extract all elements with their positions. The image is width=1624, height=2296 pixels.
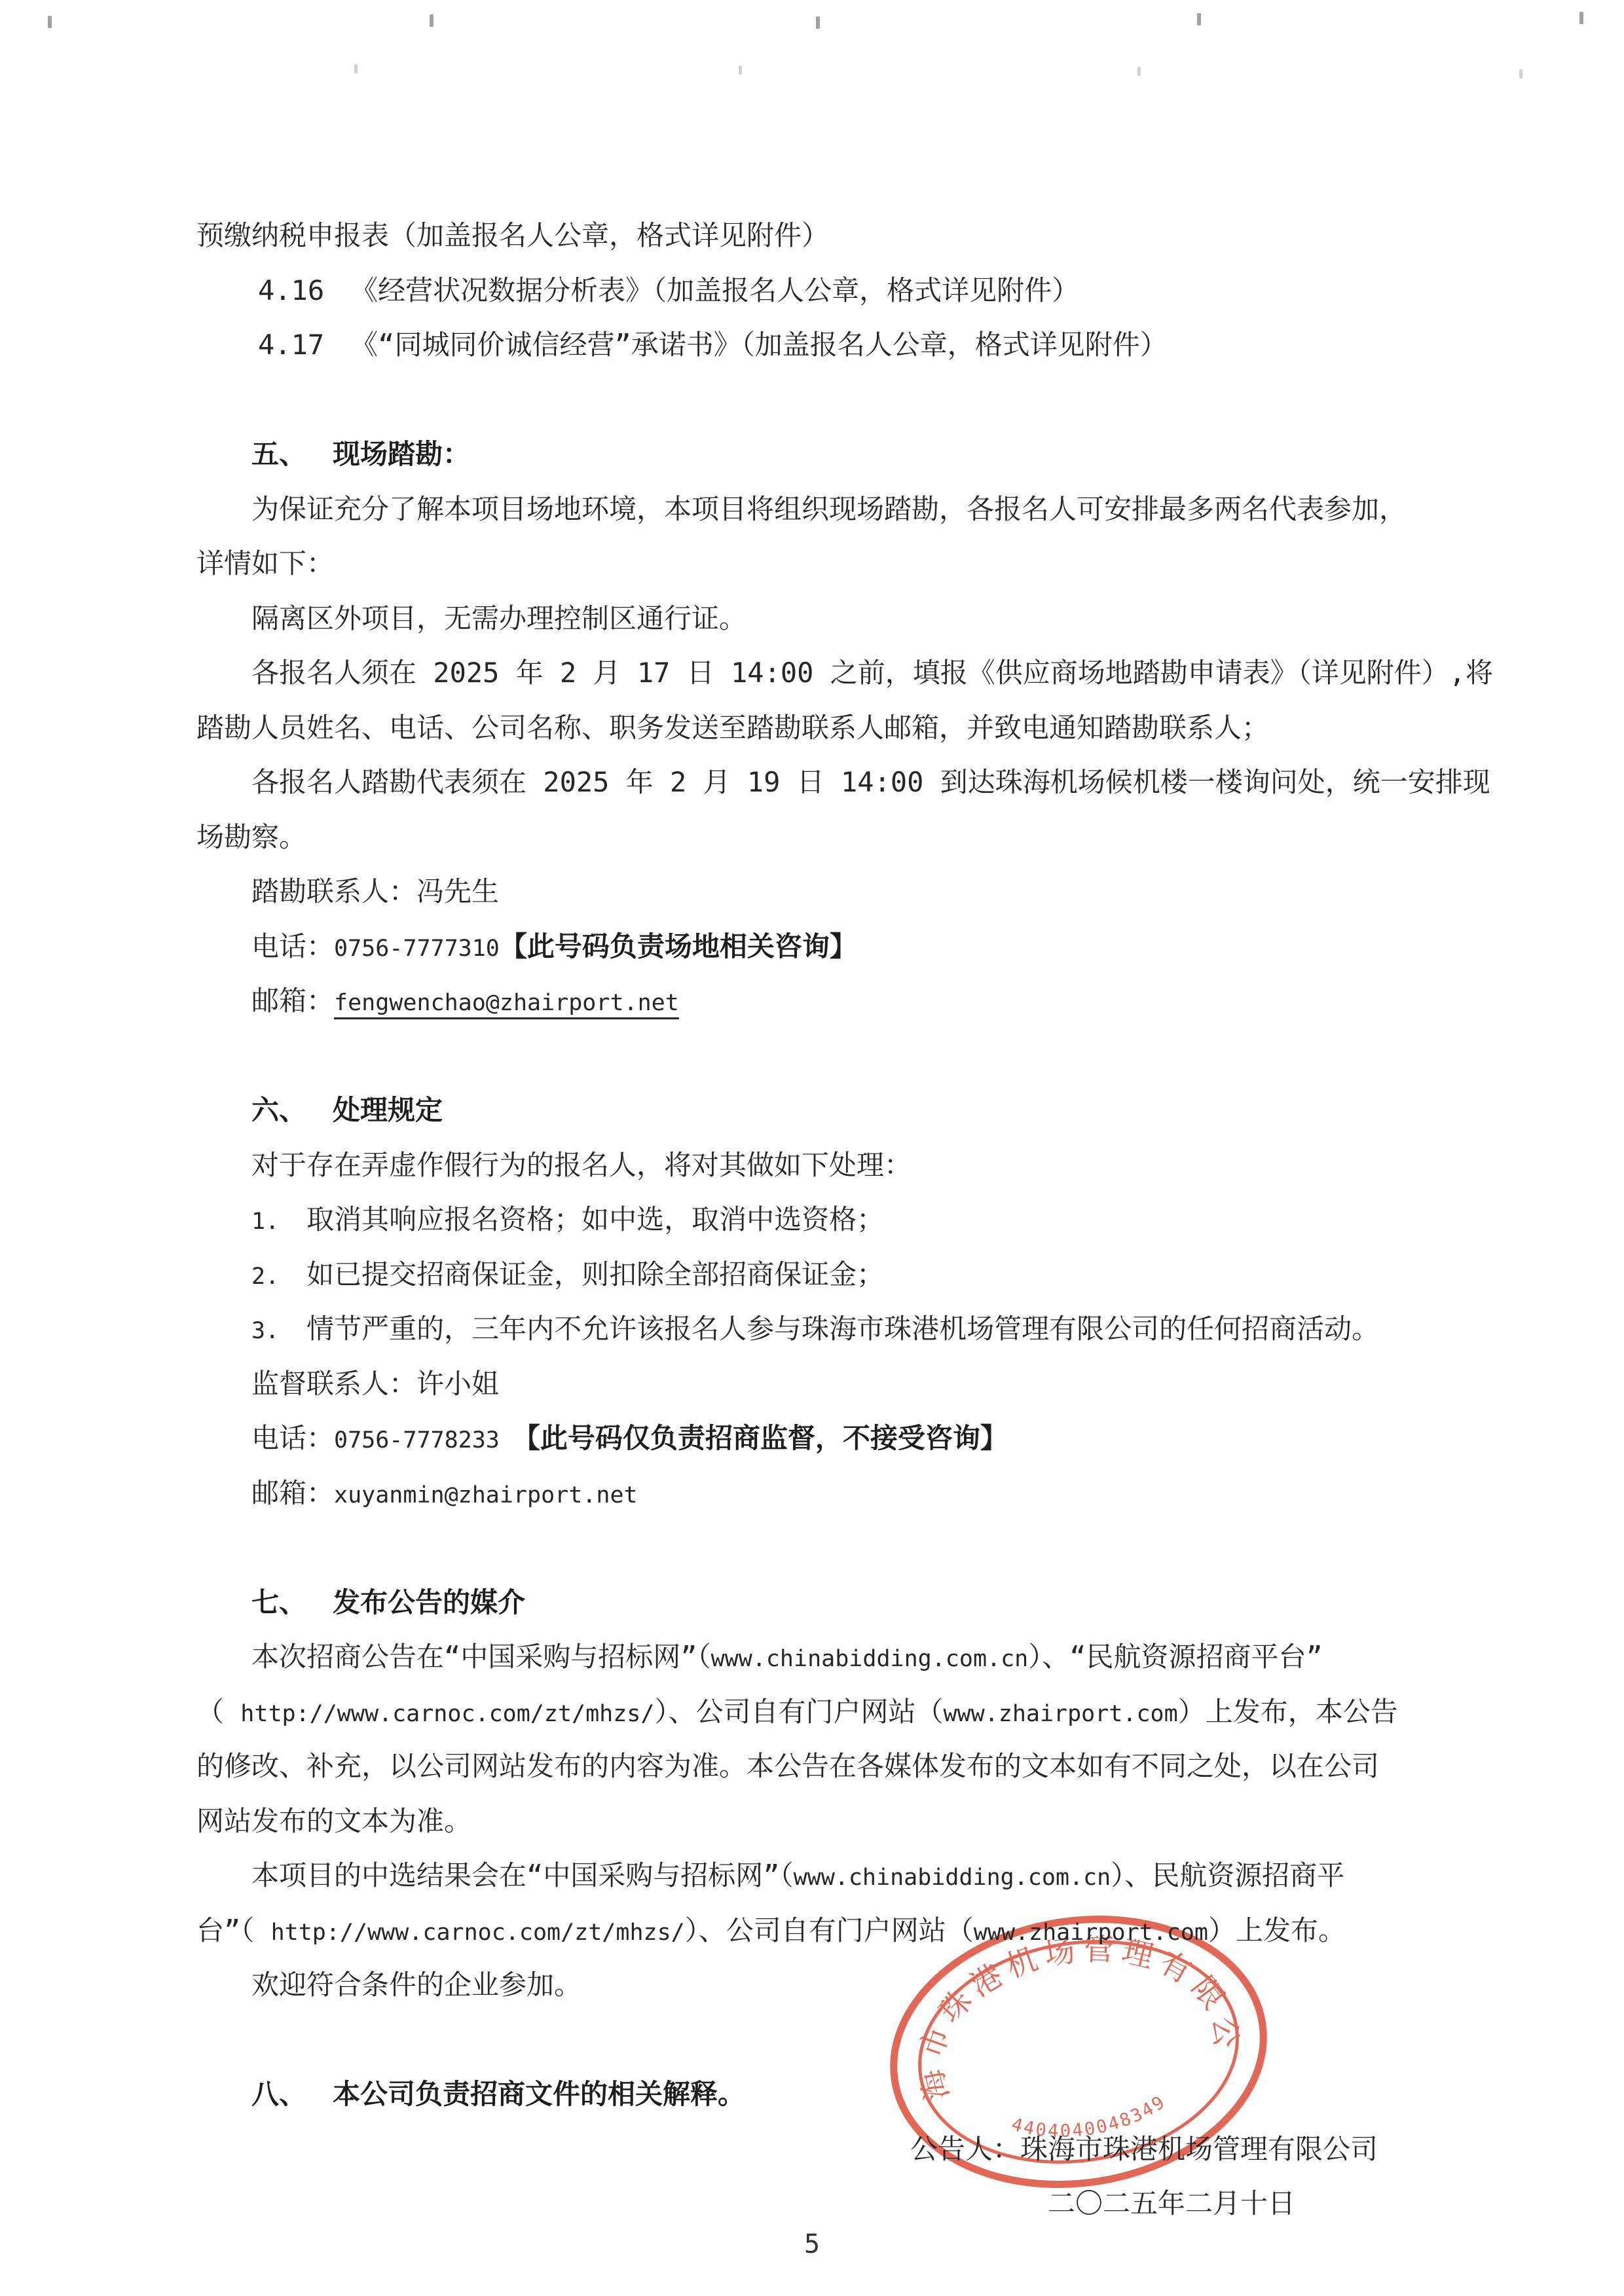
text-segment: ）、公司自有门户网站（ (654, 1696, 943, 1728)
section-title: 本公司负责招商文件的相关解释。 (333, 2078, 745, 2110)
page-number: 5 (0, 2225, 1624, 2264)
supervision-phone-line: 电话：0756-7778233【此号码仅负责招商监督，不接受咨询】 (196, 1411, 1428, 1466)
section-title: 现场踏勘： (333, 438, 470, 470)
scan-artifact (48, 16, 52, 28)
text-segment: 本项目的中选结果会在“中国采购与招标网”（ (251, 1859, 794, 1891)
scan-artifact (816, 16, 820, 29)
paragraph-line: 本项目的中选结果会在“中国采购与招标网”（www.chinabidding.co… (196, 1848, 1428, 1903)
section-number: 五、 (251, 438, 306, 470)
section-title: 发布公告的媒介 (333, 1586, 525, 1618)
blank-line (196, 1029, 1428, 1084)
section6-heading: 六、处理规定 (196, 1083, 1428, 1138)
blank-line (196, 1520, 1428, 1575)
blank-line (196, 373, 1428, 428)
phone-label: 电话： (251, 1422, 334, 1454)
paragraph-line: 详情如下： (196, 536, 1428, 591)
section-number: 六、 (251, 1094, 306, 1126)
website-url: www.zhairport.com (974, 1920, 1208, 1946)
text-segment: 台”（ (196, 1914, 271, 1946)
phone-label: 电话： (251, 930, 334, 962)
item-number: 2. (251, 1264, 279, 1290)
paragraph-line: 对于存在弄虚作假行为的报名人，将对其做如下处理： (196, 1138, 1428, 1193)
section-title: 处理规定 (333, 1094, 443, 1126)
phone-note: 【此号码负责场地相关咨询】 (500, 930, 857, 962)
survey-phone-line: 电话：0756-7777310【此号码负责场地相关咨询】 (196, 919, 1428, 974)
text-segment: 本次招商公告在“中国采购与招标网”（ (251, 1641, 711, 1673)
supervision-email-line: 邮箱：xuyanmin@zhairport.net (196, 1466, 1428, 1521)
paragraph-line: 隔离区外项目，无需办理控制区通行证。 (196, 591, 1428, 646)
website-url: http://www.carnoc.com/zt/mhzs/ (240, 1701, 654, 1727)
email-address: xuyanmin@zhairport.net (334, 1482, 638, 1508)
phone-note: 【此号码仅负责招商监督，不接受咨询】 (513, 1422, 1008, 1454)
text-segment: （ (196, 1696, 240, 1728)
text-segment: ）、民航资源招商平 (1111, 1859, 1344, 1891)
numbered-item-2: 2.如已提交招商保证金，则扣除全部招商保证金； (196, 1247, 1428, 1302)
paragraph-line: （ http://www.carnoc.com/zt/mhzs/）、公司自有门户… (196, 1685, 1428, 1740)
list-item-4-16: 4.16《经营状况数据分析表》（加盖报名人公章，格式详见附件） (196, 263, 1428, 318)
website-url: www.chinabidding.com.cn (711, 1646, 1029, 1672)
blank-line (196, 2013, 1428, 2068)
text-segment: ）、公司自有门户网站（ (685, 1914, 974, 1946)
paragraph-line: 本次招商公告在“中国采购与招标网”（www.chinabidding.com.c… (196, 1630, 1428, 1685)
paragraph-line: 网站发布的文本为准。 (196, 1794, 1428, 1849)
item-text: 《经营状况数据分析表》（加盖报名人公章，格式详见附件） (350, 274, 1079, 306)
item-number: 1. (251, 1209, 279, 1235)
item-number: 3. (251, 1318, 279, 1344)
text-segment: ）、“民航资源招商平台” (1028, 1641, 1323, 1673)
scan-artifact (1197, 13, 1201, 26)
item-number: 4.17 (258, 329, 324, 361)
phone-number: 0756-7778233 (334, 1427, 500, 1453)
document-page: 珠海市珠港机场管理有限公司 4404040048349 预缴纳税申报表（加盖报名… (0, 0, 1624, 2296)
paragraph-line: 场勘察。 (196, 810, 1428, 865)
numbered-item-1: 1.取消其响应报名资格；如中选，取消中选资格； (196, 1192, 1428, 1247)
announcer-line: 公告人：珠海市珠港机场管理有限公司 (196, 2122, 1428, 2177)
scan-artifact (430, 14, 434, 27)
scan-artifact (1579, 12, 1583, 24)
supervision-contact-person: 监督联系人：许小姐 (196, 1357, 1428, 1412)
paragraph-line: 各报名人须在 2025 年 2 月 17 日 14:00 之前，填报《供应商场地… (196, 646, 1428, 701)
scan-artifact (354, 64, 358, 73)
scan-artifact (739, 65, 742, 75)
section5-heading: 五、现场踏勘： (196, 427, 1428, 482)
paragraph-line: 台”（ http://www.carnoc.com/zt/mhzs/）、公司自有… (196, 1903, 1428, 1958)
section8-heading: 八、本公司负责招商文件的相关解释。 (196, 2067, 1428, 2122)
survey-email-line: 邮箱：fengwenchao@zhairport.net (196, 974, 1428, 1029)
item-text: 情节严重的，三年内不允许该报名人参与珠海市珠港机场管理有限公司的任何招商活动。 (306, 1313, 1379, 1345)
survey-contact-person: 踏勘联系人：冯先生 (196, 864, 1428, 919)
text-segment: ）上发布，本公告 (1178, 1696, 1398, 1728)
text-segment: ）上发布。 (1208, 1914, 1346, 1946)
item-text: 如已提交招商保证金，则扣除全部招商保证金； (306, 1258, 884, 1290)
paragraph-line: 为保证充分了解本项目场地环境，本项目将组织现场踏勘，各报名人可安排最多两名代表参… (196, 482, 1428, 537)
email-label: 邮箱： (251, 1477, 334, 1509)
section7-heading: 七、发布公告的媒介 (196, 1575, 1428, 1630)
website-url: www.chinabidding.com.cn (794, 1865, 1111, 1891)
paragraph-line: 各报名人踏勘代表须在 2025 年 2 月 19 日 14:00 到达珠海机场候… (196, 755, 1428, 810)
paragraph-line: 的修改、补充，以公司网站发布的内容为准。本公告在各媒体发布的文本如有不同之处，以… (196, 1739, 1428, 1794)
phone-number: 0756-7777310 (334, 936, 500, 962)
scan-artifact (1137, 67, 1141, 76)
website-url: http://www.carnoc.com/zt/mhzs/ (271, 1920, 685, 1946)
numbered-item-3: 3.情节严重的，三年内不允许该报名人参与珠海市珠港机场管理有限公司的任何招商活动… (196, 1302, 1428, 1357)
paragraph-line: 欢迎符合条件的企业参加。 (196, 1958, 1428, 2013)
item-text: 《“同城同价诚信经营”承诺书》（加盖报名人公章，格式详见附件） (350, 329, 1168, 361)
section-number: 七、 (251, 1586, 306, 1618)
item-number: 4.16 (258, 274, 324, 306)
email-address[interactable]: fengwenchao@zhairport.net (334, 990, 679, 1016)
announcement-date: 二〇二五年二月十日 (196, 2176, 1428, 2231)
section-number: 八、 (251, 2078, 306, 2110)
email-label: 邮箱： (251, 985, 334, 1017)
scan-artifact (1519, 69, 1522, 79)
document-body: 预缴纳税申报表（加盖报名人公章，格式详见附件） 4.16《经营状况数据分析表》（… (196, 208, 1428, 2231)
paragraph-line: 踏勘人员姓名、电话、公司名称、职务发送至踏勘联系人邮箱，并致电通知踏勘联系人； (196, 701, 1428, 756)
list-item-4-17: 4.17《“同城同价诚信经营”承诺书》（加盖报名人公章，格式详见附件） (196, 318, 1428, 373)
carryover-line: 预缴纳税申报表（加盖报名人公章，格式详见附件） (196, 208, 1428, 263)
website-url: www.zhairport.com (943, 1701, 1177, 1727)
item-text: 取消其响应报名资格；如中选，取消中选资格； (306, 1203, 884, 1235)
